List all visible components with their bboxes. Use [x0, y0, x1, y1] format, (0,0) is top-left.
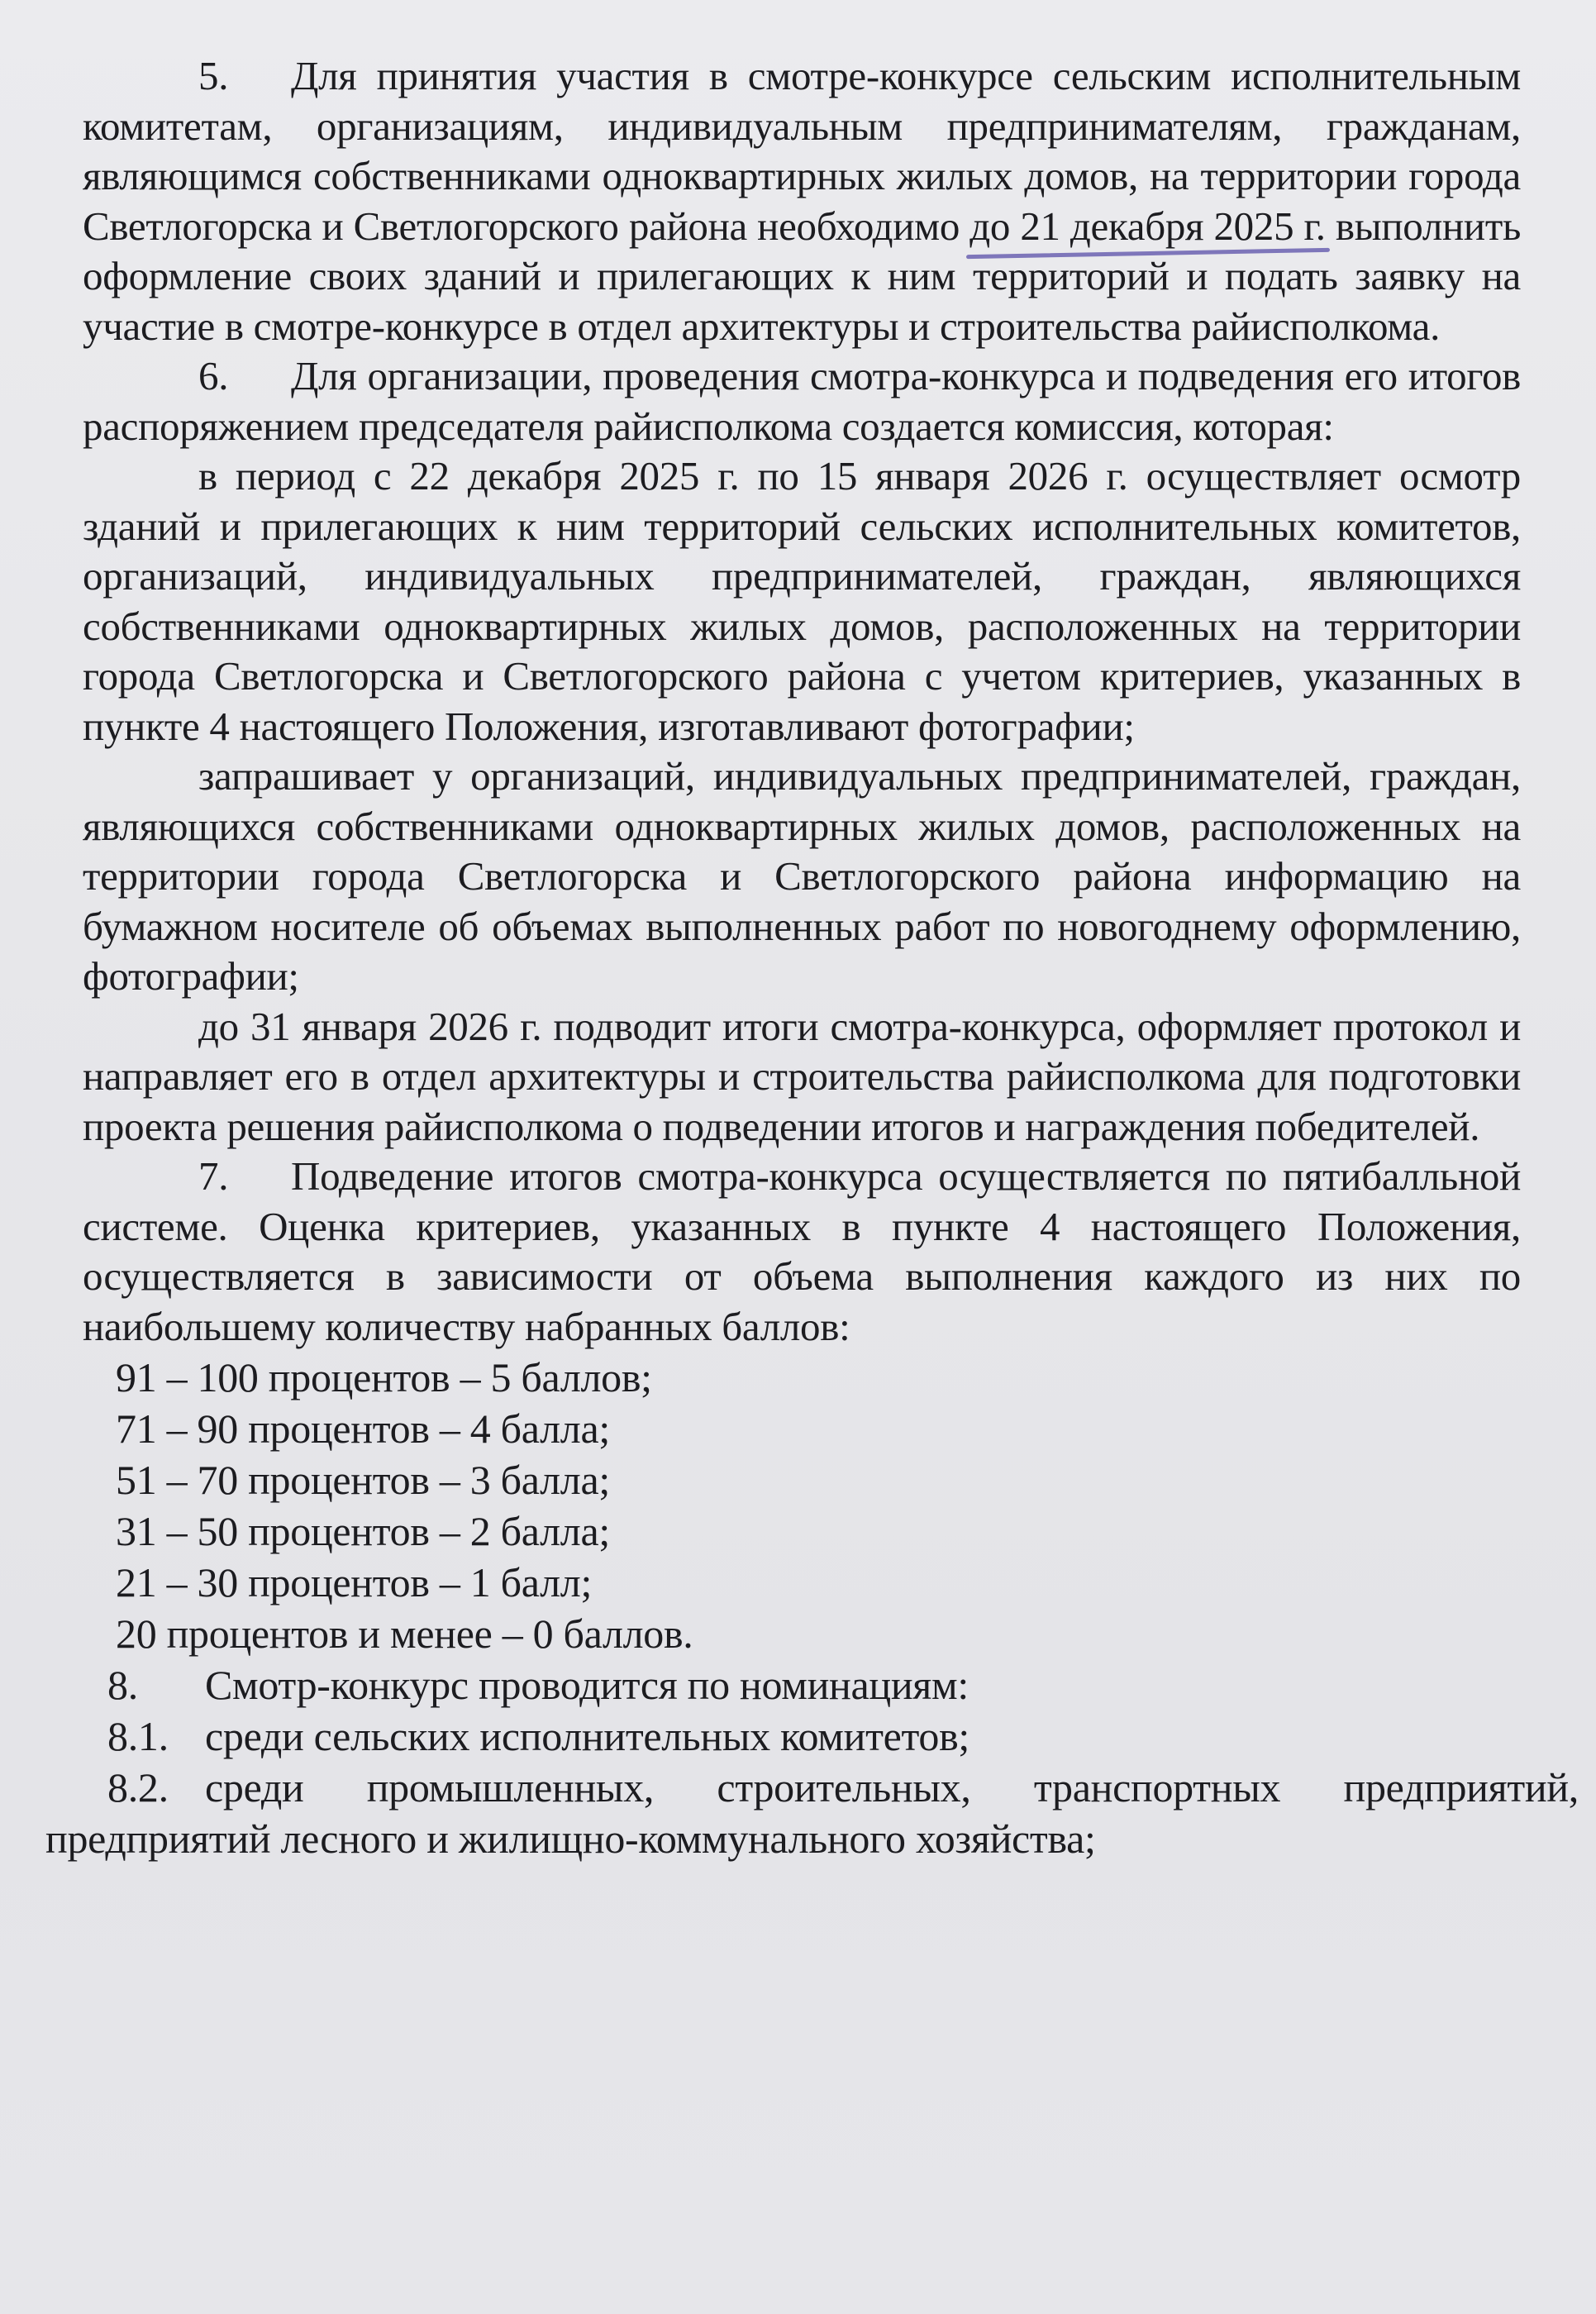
pen-underlined-deadline: до 21 декабря 2025 г.: [970, 203, 1325, 249]
section-5: 5.Для принятия участия в смотре-конкурсе…: [83, 51, 1521, 351]
section-6: 6.Для организации, проведения смотра-кон…: [83, 351, 1521, 451]
section-number: 6.: [198, 351, 291, 402]
score-item: 21 – 30 процентов – 1 балл;: [116, 1557, 1521, 1608]
commission-duty-2: запрашивает у организаций, индивидуальны…: [83, 751, 1521, 1002]
commission-duty-1: в период с 22 декабря 2025 г. по 15 янва…: [83, 451, 1521, 751]
score-item: 51 – 70 процентов – 3 балла;: [116, 1454, 1521, 1505]
section-text: Смотр-конкурс проводится по номинациям:: [205, 1662, 969, 1708]
section-7: 7.Подведение итогов смотра-конкурса осущ…: [83, 1152, 1521, 1352]
nomination-number: 8.1.: [107, 1710, 205, 1762]
nomination-text: среди промышленных, строительных, трансп…: [45, 1764, 1579, 1862]
section-text: Для организации, проведения смотра-конку…: [83, 353, 1521, 449]
document-page: 5.Для принятия участия в смотре-конкурсе…: [83, 51, 1521, 1864]
nomination-8-2: 8.2.среди промышленных, строительных, тр…: [45, 1762, 1579, 1864]
section-8: 8.Смотр-конкурс проводится по номинациям…: [83, 1659, 1521, 1710]
score-scale-list: 91 – 100 процентов – 5 баллов; 71 – 90 п…: [83, 1352, 1521, 1659]
section-number: 8.: [107, 1659, 205, 1710]
score-item: 31 – 50 процентов – 2 балла;: [116, 1505, 1521, 1557]
section-number: 5.: [198, 51, 291, 102]
commission-duty-3: до 31 января 2026 г. подводит итоги смот…: [83, 1002, 1521, 1152]
nomination-text: среди сельских исполнительных комитетов;: [205, 1713, 970, 1759]
section-number: 7.: [198, 1152, 291, 1202]
section-text: Подведение итогов смотра-конкурса осущес…: [83, 1153, 1521, 1349]
score-item: 91 – 100 процентов – 5 баллов;: [116, 1352, 1521, 1403]
nomination-8-1: 8.1.среди сельских исполнительных комите…: [83, 1710, 1521, 1762]
score-item: 20 процентов и менее – 0 баллов.: [116, 1608, 1521, 1659]
score-item: 71 – 90 процентов – 4 балла;: [116, 1403, 1521, 1454]
nomination-number: 8.2.: [107, 1762, 205, 1813]
